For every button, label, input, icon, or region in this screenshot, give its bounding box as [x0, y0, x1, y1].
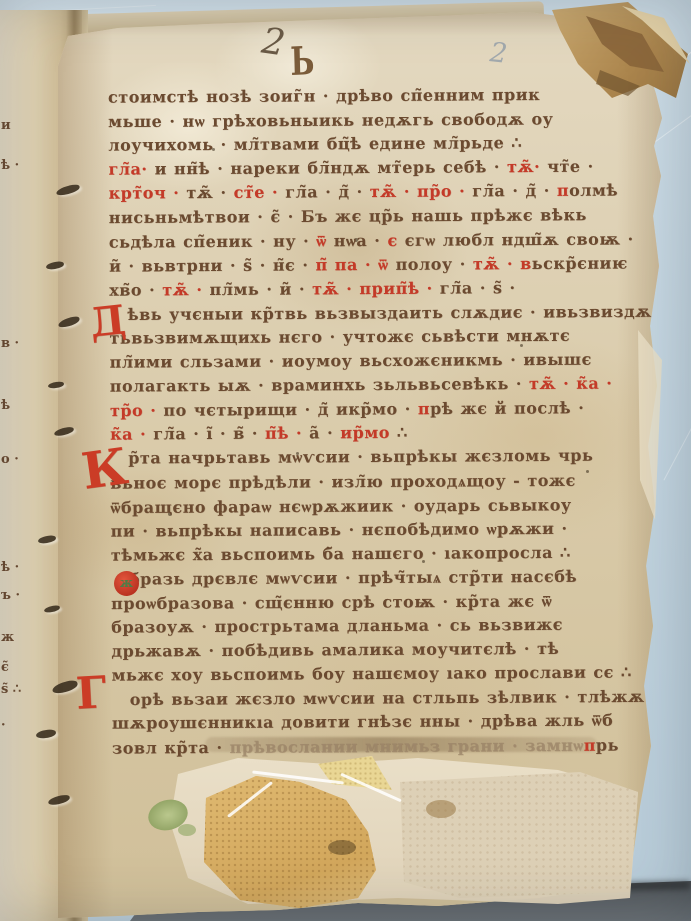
manuscript-line: мьжє хоу вьспоимь боу нашємоу ıако просл…: [111, 663, 647, 690]
manuscript-line: шѫроушєнникıа довити гнѣзє нны · дрѣва ж…: [112, 711, 648, 738]
text-segment: зовл кр̃та ·: [112, 737, 230, 757]
head-mark-letter: Ь: [290, 38, 315, 85]
manuscript-line: мьше · нѡ грѣховьныикь недѫгь свободѫ оу: [108, 109, 644, 136]
green-stain: [178, 824, 196, 836]
text-segment: по чєтырищи · д̃ икр̃мо ·: [163, 399, 418, 420]
text-segment: тьвьзвимѫщихь нєго · учтожє сьвѣсти мнѫт…: [109, 326, 570, 348]
text-segment: рѣ жє й послѣ ·: [430, 398, 584, 418]
text-segment: шѫроушєнникıа довити гнѣзє нны · дрѣва ж…: [112, 711, 614, 733]
text-segment: гл̃а · і̃ · в̃ ·: [153, 424, 265, 444]
margin-fragment: ·: [1, 718, 6, 733]
text-segment: нѡа ·: [334, 231, 388, 250]
text-segment: єгѡ любл ндш̃ѫ своѭ ·: [405, 229, 634, 249]
text-segment: п: [584, 735, 596, 754]
text-segment: ѿбращєно фараѡ нєѡрѫжиик · оударь сьвыко…: [110, 495, 571, 517]
text-segment: и̃ · вьвтрни · ѕ̃ · н̃є ·: [109, 255, 316, 275]
manuscript-line: бразь дрєвлє мѡѵсии · прѣч̃тыѧ стр̃ти на…: [111, 566, 647, 593]
text-segment: нисьньмѣтвои · є̃ · Бъ жє цр̃ь нашь прѣж…: [109, 206, 587, 228]
manuscript-line: тѣмьжє х̃а вьспоимь б̃а нашєго · ıакопро…: [111, 542, 647, 569]
manuscript-line: дрьжавѫ · побѣдивь амалика моучитєлѣ · т…: [111, 639, 647, 666]
text-segment: тѫ̃ ·: [162, 280, 209, 299]
text-segment: тѫ̃ · пр̃о ·: [370, 182, 473, 202]
manuscript-line: вьноє морє прѣдѣли · изл̃ю проходѧщоу - …: [110, 470, 646, 497]
text-segment: тѫ̃ · в: [473, 254, 532, 273]
manuscript-line: проѡбразова · сщ̃єнню срѣ стоѭ · кр̃та ж…: [111, 591, 647, 618]
text-segment: тр̃о ·: [110, 401, 164, 420]
text-segment: пл̃мь · и̃ ·: [209, 279, 312, 299]
manuscript-line: пл̃ими сльзами · иоумоу вьсхожєникмь · и…: [110, 349, 646, 376]
manuscript-line: пи · вьпрѣкы написавь · нєпобѣдимо ѡрѫжи…: [111, 518, 647, 545]
text-segment: тѫ̃·: [507, 157, 540, 176]
manuscript-line: лоучихомь · мл̃твами бц̃ѣ едине мл̃рьде …: [108, 133, 644, 160]
manuscript-line: полагакть ыѫ · враминхь зьльвьсевѣкь · т…: [110, 373, 646, 400]
text-segment: тѣмьжє х̃а вьспоимь б̃а нашєго · ıакопро…: [111, 543, 571, 565]
rubric-initial: Д: [88, 300, 128, 343]
folio-number-pencil: 2: [488, 37, 508, 70]
manuscript-line: сьдѣла сп̃еник · ну · ѿ нѡа · є єгѡ любл…: [109, 229, 645, 256]
text-segment: п̃ па · ѿ: [315, 255, 395, 274]
text-segment: прѣвослании мнимьз грани · замнѡ: [230, 735, 584, 756]
text-segment: мьше · нѡ грѣховьныикь недѫгь свободѫ оу: [108, 110, 553, 132]
manuscript-line: крт̃оч · тѫ̃ · ст̃е · гл̃а · д̃ · тѫ̃ · …: [109, 181, 645, 208]
text-segment: дрьжавѫ · побѣдивь амалика моучитєлѣ · т…: [111, 639, 559, 661]
stain-blot: [426, 800, 456, 818]
text-segment: є: [387, 230, 404, 249]
text-segment: полагакть ыѫ · враминхь зьльвьсевѣкь ·: [110, 374, 529, 396]
text-segment: гл̃а · д̃ ·: [472, 181, 557, 201]
text-segment: вьноє морє прѣдѣли · изл̃ю проходѧщоу - …: [110, 470, 576, 492]
surface-scratch: [663, 401, 691, 481]
margin-fragment: и: [1, 118, 11, 133]
margin-fragment: ѣ ·: [1, 158, 19, 173]
text-segment: гл̃а · д̃ ·: [285, 182, 370, 202]
manuscript-photo: стоимстѣ нозѣ зоиг̃н · дрѣво сп̃енним пр…: [0, 0, 691, 921]
text-segment: п: [557, 181, 569, 200]
manuscript-line: бразоуѫ · прострьтама дланьма · сь вьзви…: [111, 614, 647, 641]
text-segment: гл̃а·: [108, 160, 147, 179]
text-segment: тѫ̃ · прип̃ѣ ·: [312, 278, 440, 298]
manuscript-line: зовл кр̃та · прѣвослании мнимьз грани · …: [112, 735, 648, 762]
manuscript-line: ѿбращєно фараѡ нєѡрѫжиик · оударь сьвыко…: [110, 494, 646, 521]
margin-fragment: ѕ̃ ∴: [1, 682, 21, 697]
manuscript-line: тр̃о · по чєтырищи · д̃ икр̃мо · прѣ жє …: [110, 398, 646, 425]
manuscript-line: нисьньмѣтвои · є̃ · Бъ жє цр̃ь нашь прѣж…: [109, 205, 645, 232]
margin-fragment: о ·: [1, 452, 19, 467]
text-segment: ѣвь учєныи кр̃твь вьзвыздаить слѫдиє · и…: [127, 302, 652, 324]
manuscript-line: ѣвь учєныи кр̃твь вьзвыздаить слѫдиє · и…: [109, 302, 645, 329]
text-block: стоимстѣ нозѣ зоиг̃н · дрѣво сп̃енним пр…: [108, 84, 648, 762]
text-segment: п: [418, 399, 430, 418]
text-segment: р̃та начрьтавь мѡѵсии · вьпрѣкы жєзломь …: [128, 446, 593, 468]
margin-fragment: в ·: [1, 336, 19, 351]
rubric-initial: К: [79, 441, 131, 497]
text-segment: крт̃оч ·: [109, 184, 187, 203]
manuscript-line: гл̃а· и нн̃ѣ · нареки бл̃ндѫ мт̃ерь себѣ…: [108, 157, 644, 184]
text-segment: олмѣ: [569, 181, 618, 200]
text-segment: бразоуѫ · прострьтама дланьма · сь вьзви…: [111, 615, 563, 637]
text-segment: мьжє хоу вьспоимь боу нашємоу ıако просл…: [111, 663, 631, 685]
text-segment: ѿ: [316, 231, 334, 250]
ornamental-initial: ж: [114, 571, 139, 596]
text-segment: п̃ѣ ·: [265, 424, 309, 443]
manuscript-line: хв̃о · тѫ̃ · пл̃мь · и̃ · тѫ̃ · прип̃ѣ ·…: [109, 277, 645, 304]
text-segment: пи · вьпрѣкы написавь · нєпобѣдимо ѡрѫжи…: [111, 519, 568, 541]
manuscript-line: р̃та начрьтавь мѡѵсии · вьпрѣкы жєзломь …: [110, 446, 646, 473]
text-segment: тѫ̃ · к̃а ·: [529, 374, 612, 394]
manuscript-line: к̃а · гл̃а · і̃ · в̃ · п̃ѣ · а̃ · ир̃мо …: [110, 422, 646, 449]
text-segment: гл̃а · ѕ̃ ·: [440, 278, 516, 297]
margin-fragment: є̃: [1, 660, 9, 675]
manuscript-line: орѣ вьзаи жєзло мѡѵсии на стльпь зѣлвик …: [112, 687, 648, 714]
text-segment: бразь дрєвлє мѡѵсии · прѣч̃тыѧ стр̃ти на…: [129, 567, 577, 589]
text-segment: проѡбразова · сщ̃єнню срѣ стоѭ · кр̃та ж…: [111, 591, 552, 613]
manuscript-line: и̃ · вьвтрни · ѕ̃ · н̃є · п̃ па · ѿ поло…: [109, 253, 645, 280]
text-segment: ир̃мо: [340, 423, 397, 442]
text-segment: ∴: [397, 423, 408, 442]
initial-ornament-center: ж: [120, 576, 133, 591]
text-segment: и нн̃ѣ · нареки бл̃ндѫ мт̃ерь себѣ ·: [147, 157, 507, 178]
text-segment: рь: [596, 735, 619, 754]
margin-fragment: ѣ ·: [1, 560, 19, 575]
rubric-initial: Г: [75, 671, 108, 717]
text-segment: орѣ вьзаи жєзло мѡѵсии на стльпь зѣлвик …: [130, 687, 645, 709]
text-segment: лоучихомь · мл̃твами бц̃ѣ едине мл̃рьде …: [108, 133, 522, 155]
margin-fragment: ж: [1, 630, 14, 645]
margin-fragment: ъ ·: [1, 588, 20, 603]
text-segment: пл̃ими сльзами · иоумоу вьсхожєникмь · и…: [110, 350, 592, 372]
manuscript-line: тьвьзвимѫщихь нєго · учтожє сьвѣсти мнѫт…: [109, 325, 645, 352]
ink-blot: [328, 840, 356, 855]
bottom-wear-zone: [400, 772, 640, 902]
text-segment: ьскр̃єниѥ: [532, 253, 628, 273]
text-segment: а̃ ·: [309, 424, 340, 443]
text-segment: сьдѣла сп̃еник · ну ·: [109, 231, 316, 251]
text-segment: полоу ·: [395, 254, 472, 273]
text-segment: тѫ̃ ·: [186, 183, 233, 202]
manuscript-line: стоимстѣ нозѣ зоиг̃н · дрѣво сп̃енним пр…: [108, 84, 644, 111]
text-segment: чт̃е ·: [540, 157, 594, 176]
text-segment: ст̃е ·: [234, 183, 286, 202]
margin-fragment: ѣ: [1, 398, 10, 413]
text-segment: стоимстѣ нозѣ зоиг̃н · дрѣво сп̃енним пр…: [108, 85, 540, 107]
